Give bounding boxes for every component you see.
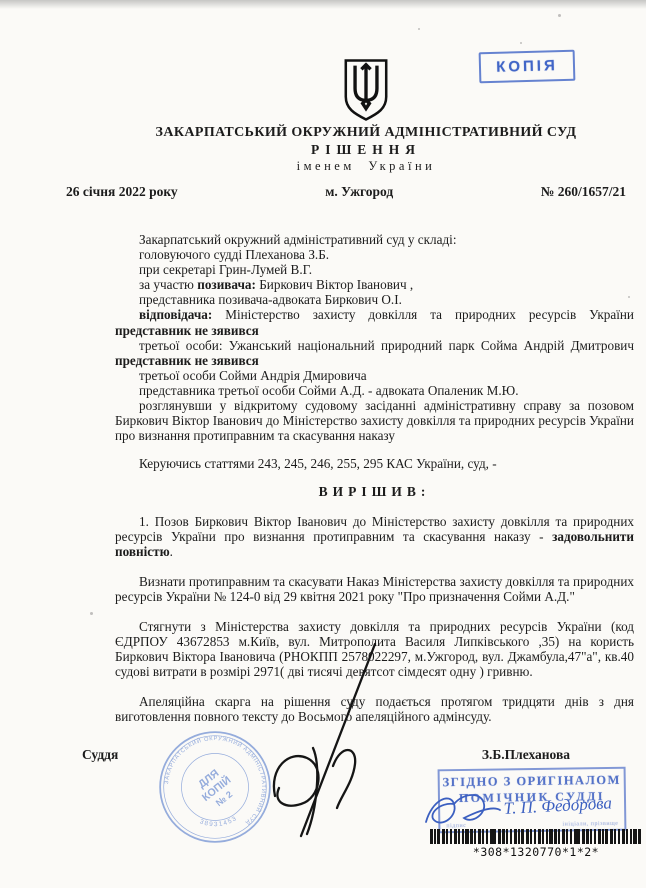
ukraine-trident-icon <box>340 58 392 122</box>
round-stamp-code: 38931453 <box>199 815 239 828</box>
resolution-heading: ВИРІШИВ: <box>115 484 634 499</box>
clerk-signature: Т. П. Федорова <box>420 782 646 834</box>
court-name: ЗАКАРПАТСЬКИЙ ОКРУЖНИЙ АДМІНІСТРАТИВНИЙ … <box>86 125 646 141</box>
barcode <box>430 829 642 844</box>
ruling-paragraph: 1. Позов Биркович Віктор Іванович до Мін… <box>115 514 634 559</box>
composition-line: третьої особи Сойми Андрія Дмировича <box>115 368 634 383</box>
composition-line: при секретарі Грин-Лумей В.Г. <box>115 262 634 277</box>
scan-edge-artifact <box>0 0 646 9</box>
judge-signature-scribble <box>255 636 390 844</box>
composition-line: розглянувши у відкритому судовому засіда… <box>115 398 634 443</box>
scanned-court-decision: КОПІЯ ЗАКАРПАТСЬКИЙ ОКРУЖНИЙ АДМІНІСТРАТ… <box>0 0 646 888</box>
decision-date: 26 січня 2022 року <box>66 184 178 200</box>
composition-line: представник не зявився <box>115 353 634 368</box>
judge-label: Суддя <box>82 747 118 763</box>
svg-text:38931453: 38931453 <box>199 815 239 828</box>
legal-basis-line: Керуючись статтями 243, 245, 246, 255, 2… <box>115 456 634 471</box>
document-header: ЗАКАРПАТСЬКИЙ ОКРУЖНИЙ АДМІНІСТРАТИВНИЙ … <box>86 58 646 174</box>
composition-line: представника позивача-адвоката Биркович … <box>115 292 634 307</box>
composition-line: головуючого судді Плеханова З.Б. <box>115 247 634 262</box>
composition-line: третьої особи: Ужанський національний пр… <box>115 338 634 353</box>
date-row: 26 січня 2022 року м. Ужгород № 260/1657… <box>66 184 626 200</box>
case-number: № 260/1657/21 <box>541 184 626 200</box>
scan-speck <box>558 14 561 17</box>
composition-line: відповідача: Міністерство захисту довкіл… <box>115 307 634 322</box>
composition-line: Закарпатський окружний адміністративний … <box>115 232 634 247</box>
composition-line: за участю позивача: Биркович Віктор Іван… <box>115 277 634 292</box>
ruling-paragraph: Визнати протиправним та скасувати Наказ … <box>115 574 634 604</box>
document-type: РІШЕННЯ <box>86 142 646 158</box>
document-subtitle: іменем України <box>86 159 646 174</box>
judge-name: З.Б.Плеханова <box>482 747 570 763</box>
composition-line: представника третьої особи Сойми А.Д. - … <box>115 383 634 398</box>
signature-row: Суддя З.Б.Плеханова <box>82 747 570 763</box>
barcode-text: *308*1320770*1*2* <box>430 845 642 859</box>
clerk-signature-name: Т. П. Федорова <box>503 793 612 818</box>
scan-speck <box>418 28 420 30</box>
composition-line: представник не зявився <box>115 323 634 338</box>
decision-city: м. Ужгород <box>325 184 393 200</box>
scan-speck <box>520 42 522 44</box>
scan-speck <box>90 612 93 615</box>
